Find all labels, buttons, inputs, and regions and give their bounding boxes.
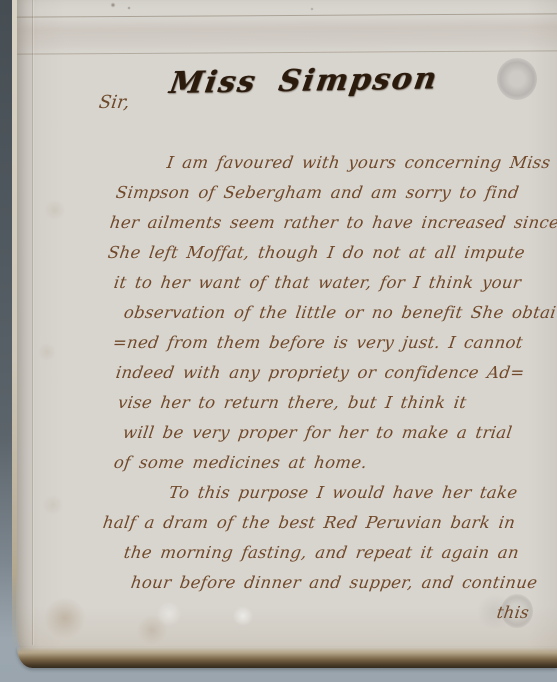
manuscript-line: the morning fasting, and repeat it again… (122, 538, 545, 568)
manuscript-line: Simpson of Sebergham and am sorry to fin… (114, 178, 545, 208)
manuscript-line: will be very proper for her to make a tr… (121, 418, 545, 448)
letter-salutation: Sir, (98, 92, 131, 113)
manuscript-line: She left Moffat, though I do not at all … (106, 238, 545, 268)
manuscript-line: I am favoured with yours concerning Miss (165, 148, 545, 178)
horizontal-fold-crease (17, 13, 557, 54)
manuscript-line: indeed with any propriety or confidence … (114, 358, 545, 388)
manuscript-page: Miss Simpson Sir, I am favoured with you… (17, 0, 557, 668)
manuscript-line: it to her want of that water, for I thin… (112, 268, 545, 298)
seal-stain-top-right (497, 58, 537, 100)
letter-body: I am favoured with yours concerning Miss… (105, 148, 543, 628)
page-bottom-edge (17, 647, 557, 668)
manuscript-line: =ned from them before is very just. I ca… (111, 328, 545, 358)
manuscript-line: hour before dinner and supper, and conti… (129, 568, 545, 598)
manuscript-line: To this purpose I would have her take (167, 478, 545, 508)
manuscript-line: half a dram of the best Red Peruvian bar… (101, 508, 545, 538)
manuscript-line: vise her to return there, but I think it (116, 388, 545, 418)
manuscript-photograph: Miss Simpson Sir, I am favoured with you… (0, 0, 557, 682)
manuscript-line: of some medicines at home. (112, 448, 545, 478)
letter-heading: Miss Simpson (167, 61, 441, 101)
vertical-fold-line (32, 0, 33, 645)
catchword: this (103, 598, 545, 628)
manuscript-line: her ailments seem rather to have increas… (108, 208, 545, 238)
manuscript-line: observation of the little or no benefit … (122, 298, 545, 328)
